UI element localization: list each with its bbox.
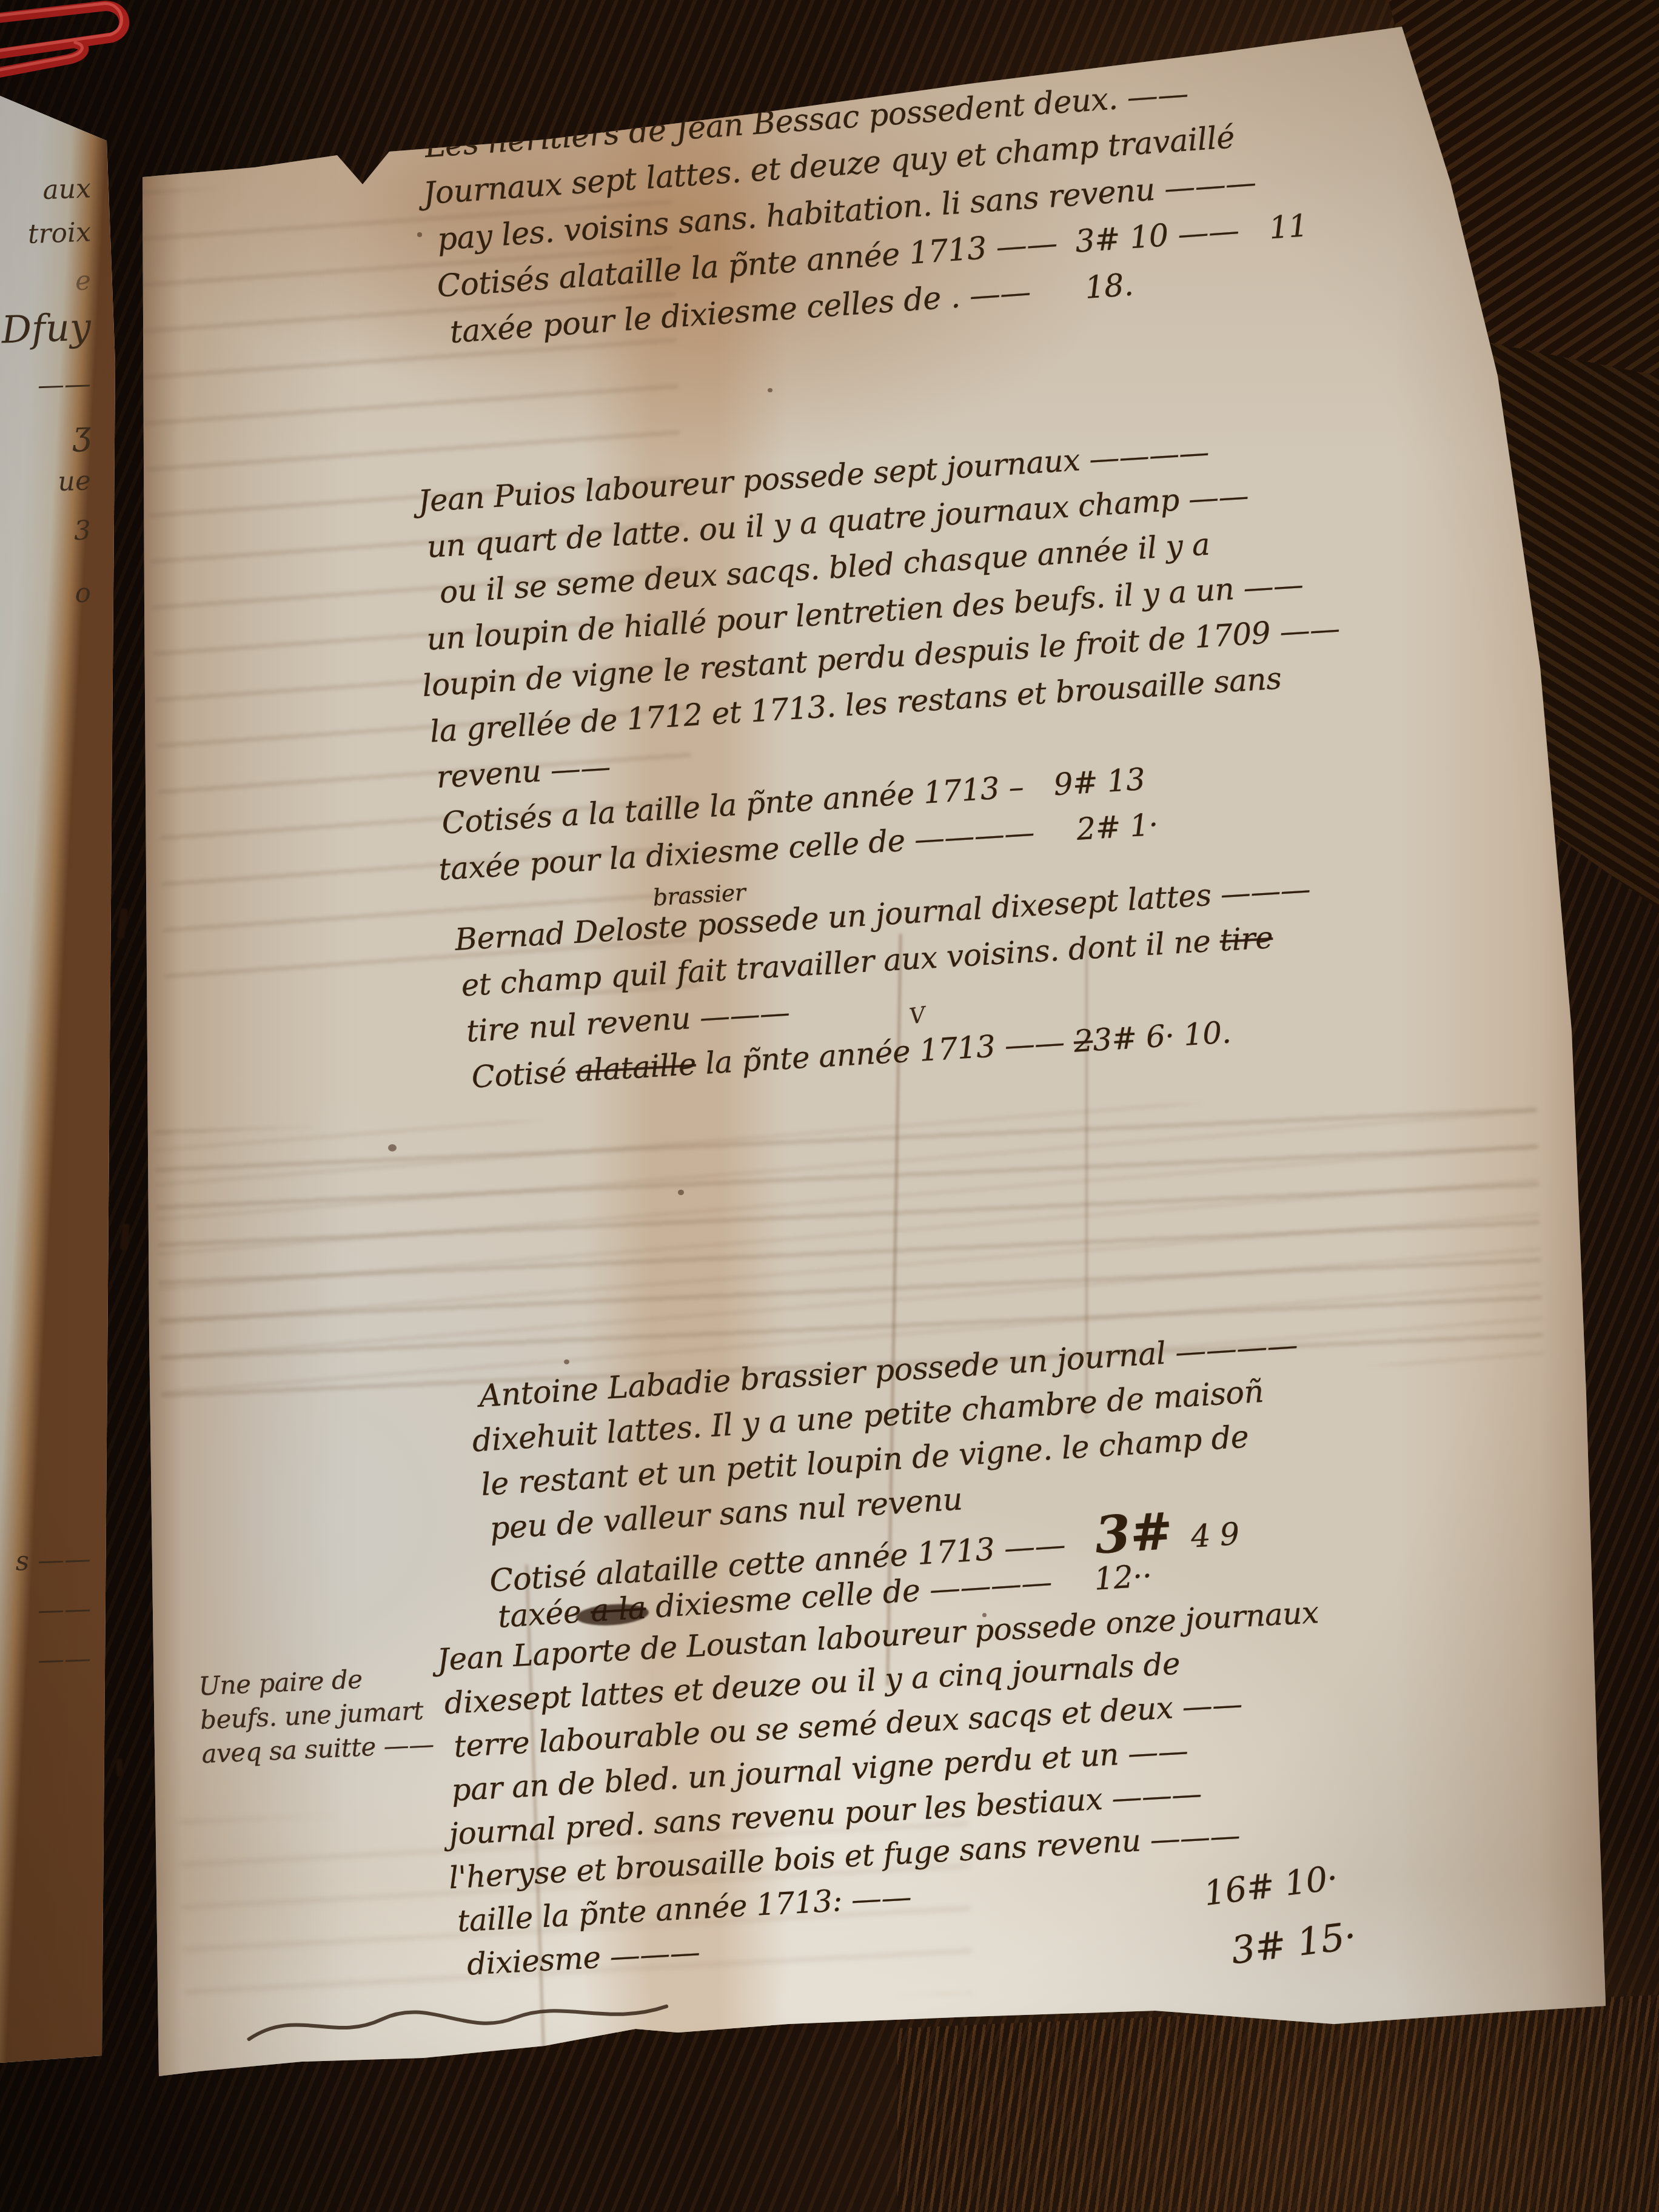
left-page-text-fragment: —— xyxy=(0,1643,92,1677)
photo-of-manuscript: aux troix e Dfuy —— ʒ ue 3 o s —— —— —— … xyxy=(0,0,1659,2212)
entry-jean-laporte: Jean Laporte de Loustan laboureur possed… xyxy=(434,1590,1336,1987)
entry-jean-puios: Jean Puios laboureur possede sept journa… xyxy=(409,421,1353,893)
entry-antoine-labadie: Antoine Labadie brassier possede un jour… xyxy=(468,1323,1313,1640)
left-page-text-fragment: s —— xyxy=(0,1543,92,1577)
tax-amount: 3# 10 —— xyxy=(1074,213,1240,260)
binding-stitch xyxy=(116,1758,122,1777)
struck-word: alataille xyxy=(575,1047,697,1089)
left-page-text-fragment: ʒ xyxy=(0,414,92,455)
tax-amount: 18. xyxy=(1084,267,1134,306)
interline-insertion: brassier xyxy=(652,879,746,911)
ink-speck xyxy=(564,1359,569,1364)
left-page-text-fragment: e xyxy=(0,265,92,299)
tax-amount: 9# 13 xyxy=(1053,762,1146,802)
tax-amount: 12·· xyxy=(1093,1558,1153,1598)
left-page-text-fragment: o xyxy=(0,577,92,611)
ink-speck xyxy=(417,232,422,237)
ink-speck xyxy=(768,388,773,392)
struck-word: 2 xyxy=(1073,1023,1094,1059)
left-page-text-fragment: ue xyxy=(0,465,92,499)
left-page-text-fragment: troix xyxy=(0,216,92,250)
margin-note: Une paire de beufs. une jumart aveq sa s… xyxy=(198,1660,435,1772)
left-page-text-fragment: —— xyxy=(0,1593,92,1627)
left-page-text-fragment: 3 xyxy=(0,515,92,549)
red-paperclip xyxy=(0,0,170,91)
ink-speck xyxy=(678,1190,684,1195)
tax-amount: 4 9 xyxy=(1190,1517,1240,1555)
left-page-text-fragment: —— xyxy=(0,368,92,402)
tax-amount: 11 xyxy=(1268,208,1309,246)
tax-amount: 2# 1· xyxy=(1076,807,1159,847)
tax-amount: 3# 6· 10. xyxy=(1091,1014,1232,1057)
manuscript-page: + V Les heritiers de Jean Bessac possede… xyxy=(0,0,1659,2212)
left-page-text-fragment: Dfuy xyxy=(0,304,92,352)
ink-speck xyxy=(388,1144,397,1151)
left-page-text-fragment: aux xyxy=(0,173,92,207)
struck-word: tire xyxy=(1219,920,1274,958)
